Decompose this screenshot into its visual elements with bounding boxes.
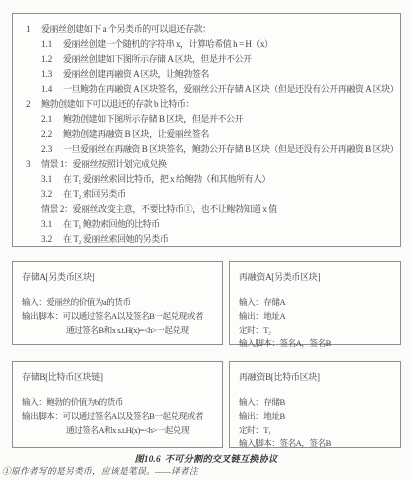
box-row-value: 签名A，签名B	[279, 438, 330, 448]
box-row-label: 输入：	[239, 397, 263, 407]
list-item: 2.2鲍勃创建再融资 B 区块，让爱丽丝签名	[41, 127, 396, 142]
list-item-number: 2.1	[41, 112, 63, 127]
box-title: 再融资B[比特币区块]	[239, 370, 395, 383]
list-item-text: 鲍勃创建再融资 B 区块，让爱丽丝签名	[63, 129, 209, 139]
list-item-text: 在 T₂ 爱丽丝索回她的另类币	[63, 234, 168, 244]
box-row: 输入：存储B	[239, 396, 395, 410]
list-item: 3.2在 T₂ 索回另类币	[41, 187, 396, 202]
box-row-value: T₁	[263, 425, 270, 435]
list-item-text: 鲍勃创建如下图所示存储 B 区块，但是并不公开	[63, 114, 243, 124]
list-item: 1爱丽丝创建如下 a 个另类币的可以退还存款：	[26, 22, 396, 37]
list-item-text: 鲍勃创建如下可以退还的存款 b 比特币：	[41, 99, 194, 109]
box-row-value: 地址A	[263, 311, 285, 321]
list-item: 2鲍勃创建如下可以退还的存款 b 比特币：	[26, 97, 396, 112]
box-row: 输出脚本：可以通过签名A以及签名B一起兑现或者	[22, 410, 217, 424]
box-row: 输入脚本：签名A，签名B	[239, 437, 395, 451]
list-item-text: 在 T₂ 索回另类币	[63, 189, 126, 199]
box-row-value: 通过签名B和x s.t.H(x)=<h>一起兑现	[66, 325, 189, 335]
box-row: 定时：T₁	[239, 424, 395, 438]
protocol-list-box: 1爱丽丝创建如下 a 个另类币的可以退还存款：1.1爱丽丝创建一个随机的字符串 …	[12, 13, 401, 247]
box-row-value: T₂	[263, 325, 270, 335]
translator-footnote: ①原作者写的是另类币，应该是笔误。——译者注	[2, 464, 410, 477]
list-item: 2.1鲍勃创建如下图所示存储 B 区块，但是并不公开	[41, 112, 396, 127]
list-item: 2.3一旦爱丽丝在再融资 B 区块签名，鲍勃公开存储 B 区块（但是还没有公开再…	[41, 142, 396, 157]
box-row-label: 输入：	[239, 297, 263, 307]
list-item-number: 3	[26, 157, 41, 172]
box-row-label: 定时：	[239, 425, 263, 435]
box-row: 输出脚本：可以通过签名A以及签名B一起兑现或者	[22, 310, 217, 324]
box-row-value: 签名A，签名B	[279, 338, 330, 348]
figure-number: 图10.6	[135, 454, 161, 464]
list-item: 3情景 1：爱丽丝按照计划完成兑换	[26, 157, 396, 172]
box-row: 输出：地址A	[239, 310, 395, 324]
list-item-text: 爱丽丝创建再融资 A 区块，让鲍勃签名	[63, 69, 209, 79]
protocol-list: 1爱丽丝创建如下 a 个另类币的可以退还存款：1.1爱丽丝创建一个随机的字符串 …	[26, 22, 396, 247]
list-item: 3.2在 T₂ 爱丽丝索回她的另类币	[41, 232, 396, 247]
box-row-value: 爱丽丝的价值为a的货币	[46, 297, 130, 307]
list-item-number: 1.3	[41, 67, 63, 82]
book-page: 1爱丽丝创建如下 a 个另类币的可以退还存款：1.1爱丽丝创建一个随机的字符串 …	[0, 0, 412, 480]
box-row: 输入：爱丽丝的价值为a的货币	[22, 296, 217, 310]
list-item: 1.4一旦鲍勃在再融资 A 区块签名，爱丽丝公开存储 A 区块（但是还没有公开再…	[41, 82, 396, 97]
list-item-text: 一旦爱丽丝在再融资 B 区块签名，鲍勃公开存储 B 区块（但是还没有公开再融资 …	[63, 144, 398, 154]
box-row-value: 通过签名A和x s.t.H(x)=<h>一起兑现	[66, 425, 189, 435]
box-row: 输入脚本：签名A，签名B	[239, 337, 395, 351]
list-item-number: 2.2	[41, 127, 63, 142]
box-row-label: 输出：	[239, 411, 263, 421]
box-title: 存储A[另类币区块]	[22, 270, 217, 283]
box-row-value: 鲍勃的价值为b的货币	[46, 397, 123, 407]
list-item: 1.3爱丽丝创建再融资 A 区块，让鲍勃签名	[41, 67, 396, 82]
list-item-text: 在 T₁ 爱丽丝索回比特币，把 x 给鲍勃（和其他所有人）	[63, 174, 270, 184]
tx-box-refund-a: 再融资A[另类币区块] 输入：存储A输出：地址A定时：T₂输入脚本：签名A，签名…	[229, 261, 401, 345]
box-row-value: 可以通过签名A以及签名B一起兑现或者	[62, 411, 202, 421]
list-item-number: 1.4	[41, 82, 63, 97]
box-row-label: 输入脚本：	[239, 438, 279, 448]
box-rows: 输入：存储B输出：地址B定时：T₁输入脚本：签名A，签名B	[239, 396, 395, 451]
list-item-text: 爱丽丝创建如下图所示存储 A 区块，但是并不公开	[63, 54, 252, 64]
list-item-text: 在 T₁ 鲍勃索回他的比特币	[63, 219, 160, 229]
list-item-number: 2	[26, 97, 41, 112]
box-title: 再融资A[另类币区块]	[239, 270, 395, 283]
list-item-number: 1.2	[41, 52, 63, 67]
box-row-value: 存储B	[263, 397, 284, 407]
tx-box-deposit-a: 存储A[另类币区块] 输入：爱丽丝的价值为a的货币输出脚本：可以通过签名A以及签…	[12, 261, 223, 345]
list-item-text: 一旦鲍勃在再融资 A 区块签名，爱丽丝公开存储 A 区块（但是还没有公开再融资 …	[63, 84, 398, 94]
list-item-number: 1	[26, 22, 41, 37]
list-item: 情景 2：爱丽丝改变主意，不要比特币①，也不让鲍勃知道 x 值	[41, 202, 396, 217]
list-item-number: 3.2	[41, 232, 63, 247]
list-item-number: 3.1	[41, 172, 63, 187]
list-item-number: 1.1	[41, 37, 63, 52]
box-row-label: 输入：	[22, 397, 46, 407]
box-row-label: 输入：	[22, 297, 46, 307]
list-item: 3.1在 T₁ 爱丽丝索回比特币，把 x 给鲍勃（和其他所有人）	[41, 172, 396, 187]
box-row-value: 可以通过签名A以及签名B一起兑现或者	[62, 311, 202, 321]
box-rows: 输入：存储A输出：地址A定时：T₂输入脚本：签名A，签名B	[239, 296, 395, 351]
tx-box-deposit-b: 存储B[比特币区块链] 输入：鲍勃的价值为b的货币输出脚本：可以通过签名A以及签…	[12, 361, 223, 448]
box-rows: 输入：爱丽丝的价值为a的货币输出脚本：可以通过签名A以及签名B一起兑现或者通过签…	[22, 296, 217, 337]
list-item-text: 爱丽丝创建一个随机的字符串 x，计算哈希值 h = H（x）	[63, 39, 273, 49]
box-row-value: 地址B	[263, 411, 284, 421]
box-row-wrapped: 通过签名A和x s.t.H(x)=<h>一起兑现	[66, 424, 217, 438]
list-item: 1.2爱丽丝创建如下图所示存储 A 区块，但是并不公开	[41, 52, 396, 67]
box-row-label: 输出脚本：	[22, 311, 62, 321]
box-row: 定时：T₂	[239, 324, 395, 338]
box-row-label: 输出脚本：	[22, 411, 62, 421]
figure-caption: 图10.6不可分割的交叉链互换协议	[0, 451, 412, 465]
box-row-label: 输出：	[239, 311, 263, 321]
list-item-text: 情景 1：爱丽丝按照计划完成兑换	[41, 159, 167, 169]
tx-box-refund-b: 再融资B[比特币区块] 输入：存储B输出：地址B定时：T₁输入脚本：签名A，签名…	[229, 361, 401, 448]
box-row-wrapped: 通过签名B和x s.t.H(x)=<h>一起兑现	[66, 324, 217, 338]
box-row: 输入：鲍勃的价值为b的货币	[22, 396, 217, 410]
list-item: 3.1在 T₁ 鲍勃索回他的比特币	[41, 217, 396, 232]
box-rows: 输入：鲍勃的价值为b的货币输出脚本：可以通过签名A以及签名B一起兑现或者通过签名…	[22, 396, 217, 437]
list-item-number: 2.3	[41, 142, 63, 157]
box-row: 输入：存储A	[239, 296, 395, 310]
box-row-label: 定时：	[239, 325, 263, 335]
list-item-number: 3.1	[41, 217, 63, 232]
box-row-label: 输入脚本：	[239, 338, 279, 348]
figure-title: 不可分割的交叉链互换协议	[165, 454, 278, 464]
list-item: 1.1爱丽丝创建一个随机的字符串 x，计算哈希值 h = H（x）	[41, 37, 396, 52]
box-row: 输出：地址B	[239, 410, 395, 424]
list-item-text: 情景 2：爱丽丝改变主意，不要比特币①，也不让鲍勃知道 x 值	[41, 204, 277, 214]
box-title: 存储B[比特币区块链]	[22, 370, 217, 383]
list-item-text: 爱丽丝创建如下 a 个另类币的可以退还存款：	[41, 24, 211, 34]
box-row-value: 存储A	[263, 297, 285, 307]
list-item-number: 3.2	[41, 187, 63, 202]
